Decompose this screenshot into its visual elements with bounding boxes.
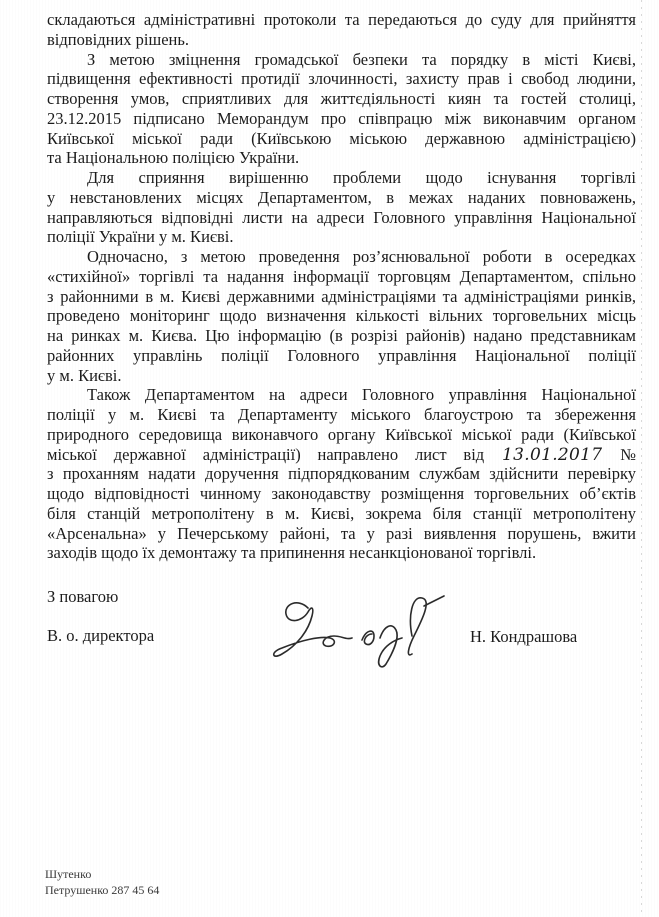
printed-text: проведено моніторинг щодо визначення кіл… — [47, 306, 636, 325]
printed-text: № — [603, 445, 636, 464]
printed-text: поліції у м. Києві та Департаменту міськ… — [47, 405, 636, 424]
executor-name-1: Шутенко — [45, 866, 159, 882]
printed-text: у невстановлених місцях Департаментом, в… — [47, 188, 636, 207]
text-line: підвищення ефективності протидії злочинн… — [47, 69, 636, 89]
printed-text: Київської міської ради (Київською місько… — [47, 129, 636, 148]
handwritten-text: 13.01.2017 — [501, 445, 603, 465]
text-line: щодо відповідності чинному законодавству… — [47, 484, 636, 504]
printed-text: складаються адміністративні протоколи та… — [47, 10, 636, 29]
signer-name: Н. Кондрашова — [470, 627, 577, 647]
printed-text: З метою зміцнення громадської безпеки та… — [87, 50, 636, 69]
text-line: у м. Києві. — [47, 366, 636, 386]
text-line: та Національною поліцією України. — [47, 148, 636, 168]
text-line: проведено моніторинг щодо визначення кіл… — [47, 306, 636, 326]
printed-text: Також Департаментом на адреси Головного … — [87, 385, 636, 404]
text-line: поліції у м. Києві та Департаменту міськ… — [47, 405, 636, 425]
text-line: з проханням надати доручення підпорядков… — [47, 464, 636, 484]
text-line: Також Департаментом на адреси Головного … — [47, 385, 636, 405]
salutation: З повагою — [47, 587, 118, 607]
printed-text: районних управлінь поліції Головного упр… — [47, 346, 636, 365]
text-line: відповідних рішень. — [47, 30, 636, 50]
scanned-letter-page: складаються адміністративні протоколи та… — [0, 0, 659, 917]
text-line: направляються відповідні листи на адреси… — [47, 208, 636, 228]
printed-text: направляються відповідні листи на адреси… — [47, 208, 636, 227]
printed-text: поліції України у м. Києві. — [47, 227, 233, 246]
text-line: Для сприяння вирішенню проблеми щодо існ… — [47, 168, 636, 188]
printed-text: 23.12.2015 підписано Меморандум про спів… — [47, 109, 636, 128]
text-line: заходів щодо їх демонтажу та припинення … — [47, 543, 636, 563]
printed-text: на ринках м. Києва. Цю інформацію (в роз… — [47, 326, 636, 345]
printed-text: з проханням надати доручення підпорядков… — [47, 464, 636, 483]
text-line: біля станцій метрополітену в м. Києві, з… — [47, 504, 636, 524]
printed-text: «стихійної» торгівлі та надання інформац… — [47, 267, 636, 286]
text-line: природного середовища виконавчого органу… — [47, 425, 636, 445]
printed-text: заходів щодо їх демонтажу та припинення … — [47, 543, 536, 562]
text-line: створення умов, сприятливих для життєдія… — [47, 89, 636, 109]
printed-text: біля станцій метрополітену в м. Києві, з… — [47, 504, 636, 523]
printed-text: з районними в м. Києві державними адміні… — [47, 287, 636, 306]
executor-name-2: Петрушенко 287 45 64 — [45, 882, 159, 898]
signature — [262, 588, 452, 673]
printed-text: Одночасно, з метою проведення роз’яснюва… — [87, 247, 636, 266]
text-line: районних управлінь поліції Головного упр… — [47, 346, 636, 366]
text-line: 23.12.2015 підписано Меморандум про спів… — [47, 109, 636, 129]
text-line: З метою зміцнення громадської безпеки та… — [47, 50, 636, 70]
executor-footer: Шутенко Петрушенко 287 45 64 — [45, 866, 159, 898]
signer-title: В. о. директора — [47, 626, 154, 646]
text-line: Одночасно, з метою проведення роз’яснюва… — [47, 247, 636, 267]
text-line: «стихійної» торгівлі та надання інформац… — [47, 267, 636, 287]
printed-text: створення умов, сприятливих для життєдія… — [47, 89, 636, 108]
text-line: міської державної адміністрації) направл… — [47, 445, 636, 465]
printed-text: Для сприяння вирішенню проблеми щодо існ… — [87, 168, 636, 187]
printed-text: підвищення ефективності протидії злочинн… — [47, 69, 636, 88]
printed-text: «Арсенальна» у Печерському районі, та у … — [47, 524, 636, 543]
text-line: на ринках м. Києва. Цю інформацію (в роз… — [47, 326, 636, 346]
printed-text: міської державної адміністрації) направл… — [47, 445, 501, 464]
text-line: з районними в м. Києві державними адміні… — [47, 287, 636, 307]
scan-artifact-line — [641, 0, 642, 917]
body-text: складаються адміністративні протоколи та… — [47, 10, 636, 563]
printed-text: у м. Києві. — [47, 366, 121, 385]
text-line: поліції України у м. Києві. — [47, 227, 636, 247]
printed-text: відповідних рішень. — [47, 30, 189, 49]
printed-text: та Національною поліцією України. — [47, 148, 299, 167]
printed-text: природного середовища виконавчого органу… — [47, 425, 636, 444]
printed-text: щодо відповідності чинному законодавству… — [47, 484, 636, 503]
text-line: у невстановлених місцях Департаментом, в… — [47, 188, 636, 208]
text-line: складаються адміністративні протоколи та… — [47, 10, 636, 30]
text-line: «Арсенальна» у Печерському районі, та у … — [47, 524, 636, 544]
text-line: Київської міської ради (Київською місько… — [47, 129, 636, 149]
